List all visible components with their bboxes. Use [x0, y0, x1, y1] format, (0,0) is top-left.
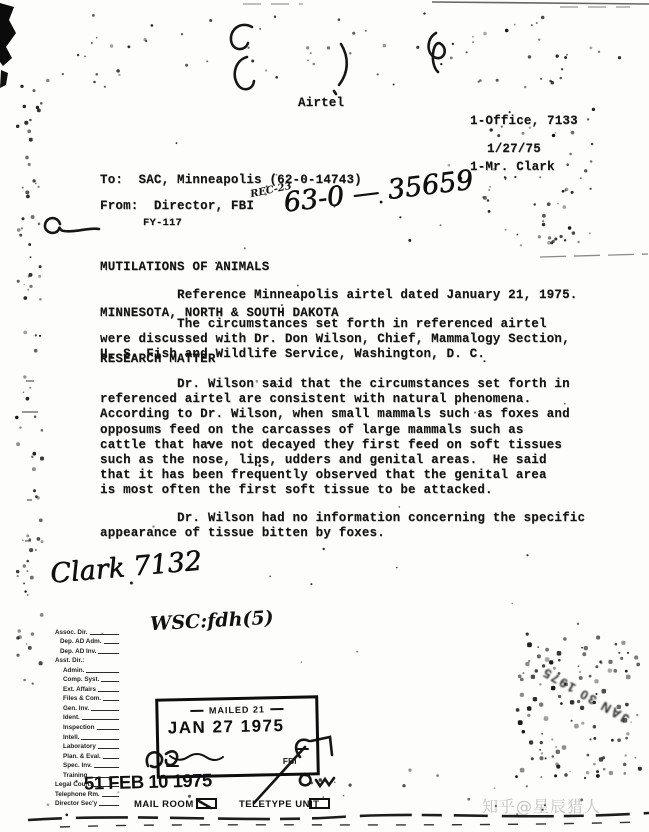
scan-noise: [0, 0, 1, 1]
handwritten-scribble: [316, 778, 334, 786]
stamp-dash: [191, 710, 204, 712]
fill-in-line: [94, 767, 119, 768]
fy-note: FY-117: [143, 216, 182, 231]
fill-in-line: [97, 729, 120, 730]
fill-in-line: [98, 691, 119, 692]
faint-dash-line: [540, 254, 648, 257]
handwritten-scribble: [300, 774, 311, 785]
routing-item: Plan. & Eval.: [55, 750, 119, 760]
subject-line-1: MUTILATIONS OF ANIMALS: [100, 260, 339, 275]
mailed-stamp-top-row: MAILED 21: [158, 703, 315, 716]
stamp-dash: [270, 708, 283, 710]
routing-item: Files & Com.: [55, 693, 119, 703]
scan-noise: [0, 0, 1, 1]
fill-in-line: [99, 805, 119, 806]
approval-signature: Clark 7132: [49, 545, 203, 589]
airtel-label: Airtel: [298, 96, 344, 111]
routing-item: Comp. Syst.: [55, 674, 119, 684]
routing-item: Assoc. Dir.: [55, 626, 119, 636]
body-paragraph-3: Dr. Wilson said that the circumstances s…: [100, 377, 620, 499]
routing-item: Ext. Affairs: [55, 683, 119, 693]
fill-in-line: [104, 643, 119, 644]
scanned-document-page: Airtel 1-Office, 7133 1-Mr. Clark 1/27/7…: [0, 0, 649, 832]
routing-item: Admin.: [55, 664, 119, 674]
body-paragraph-4: Dr. Wilson had no information concerning…: [100, 511, 620, 541]
fill-in-line: [86, 672, 119, 673]
top-edge-dashes: [243, 4, 630, 7]
fill-in-line: [90, 634, 119, 635]
top-edge-line: [432, 2, 649, 4]
body-paragraph-2: The circumstances set forth in reference…: [100, 317, 620, 363]
fill-in-line: [103, 758, 119, 759]
mail-room-label: MAIL ROOM: [134, 799, 194, 810]
scan-noise: [0, 0, 1, 1]
fill-in-line: [91, 710, 119, 711]
typist-initials: WSC:fdh(5): [150, 607, 275, 635]
fill-in-line: [102, 796, 119, 797]
from-line: From: Director, FBI: [100, 199, 254, 214]
routing-item: Laboratory: [55, 741, 119, 751]
mailed-stamp-label: MAILED 21: [209, 704, 265, 715]
handwritten-letter-a: [45, 218, 99, 233]
routing-item: Asst. Dir.:: [55, 655, 119, 665]
handwritten-squiggle: [334, 91, 336, 94]
handwritten-squiggle: [231, 25, 252, 49]
corner-blob: [0, 3, 16, 66]
rotated-date-stamp: JAN 30 1975: [539, 664, 632, 726]
routing-item: Director Sec'y: [55, 798, 119, 808]
file-date-stamp: 51 FEB 10 1975: [84, 769, 212, 794]
routing-item: Gen. Inv.: [55, 702, 119, 712]
scan-noise: [0, 0, 1, 1]
handwritten-squiggle: [235, 57, 254, 89]
margin-ticks: [22, 381, 38, 541]
torn-bottom-edge: [60, 822, 640, 827]
copy-line-clark: 1-Mr. Clark: [470, 160, 578, 175]
fill-in-line: [82, 719, 119, 720]
teletype-unit-checkbox: [309, 798, 330, 809]
body-paragraph-1: Reference Minneapolis airtel dated Janua…: [100, 288, 620, 303]
handwritten-squiggle: [429, 33, 445, 72]
mailed-date-stamp: MAILED 21 JAN 27 1975 FBI: [155, 695, 320, 778]
routing-item: Intell.: [55, 731, 119, 741]
teletype-unit-label: TELETYPE UNIT: [239, 799, 319, 810]
routing-item: Inspection: [55, 721, 119, 731]
mailed-stamp-date: JAN 27 1975: [159, 715, 316, 738]
fill-in-line: [98, 653, 119, 654]
document-date: 1/27/75: [487, 142, 541, 157]
mail-room-checkbox: [196, 798, 217, 809]
fill-in-line: [98, 748, 119, 749]
fill-in-line: [103, 700, 119, 701]
copy-line-office: 1-Office, 7133: [470, 114, 578, 129]
scan-noise: [0, 0, 1, 1]
fill-in-line: [101, 681, 119, 682]
routing-item: Dep. AD Inv.: [55, 645, 119, 655]
mailed-stamp-agency: FBI: [283, 756, 297, 766]
handwritten-squiggle: [339, 44, 347, 85]
subject-block: MUTILATIONS OF ANIMALS MINNESOTA, NORTH …: [100, 230, 339, 397]
scan-noise: [0, 0, 1, 1]
routing-item: Ident.: [55, 712, 119, 722]
fill-in-line: [81, 739, 119, 740]
corner-blob: [0, 70, 8, 88]
routing-item: Dep. AD Adm.: [55, 636, 119, 646]
routing-item: Spec. Inv.: [55, 760, 119, 770]
watermark-text: 知乎@星辰猎人: [482, 794, 601, 817]
